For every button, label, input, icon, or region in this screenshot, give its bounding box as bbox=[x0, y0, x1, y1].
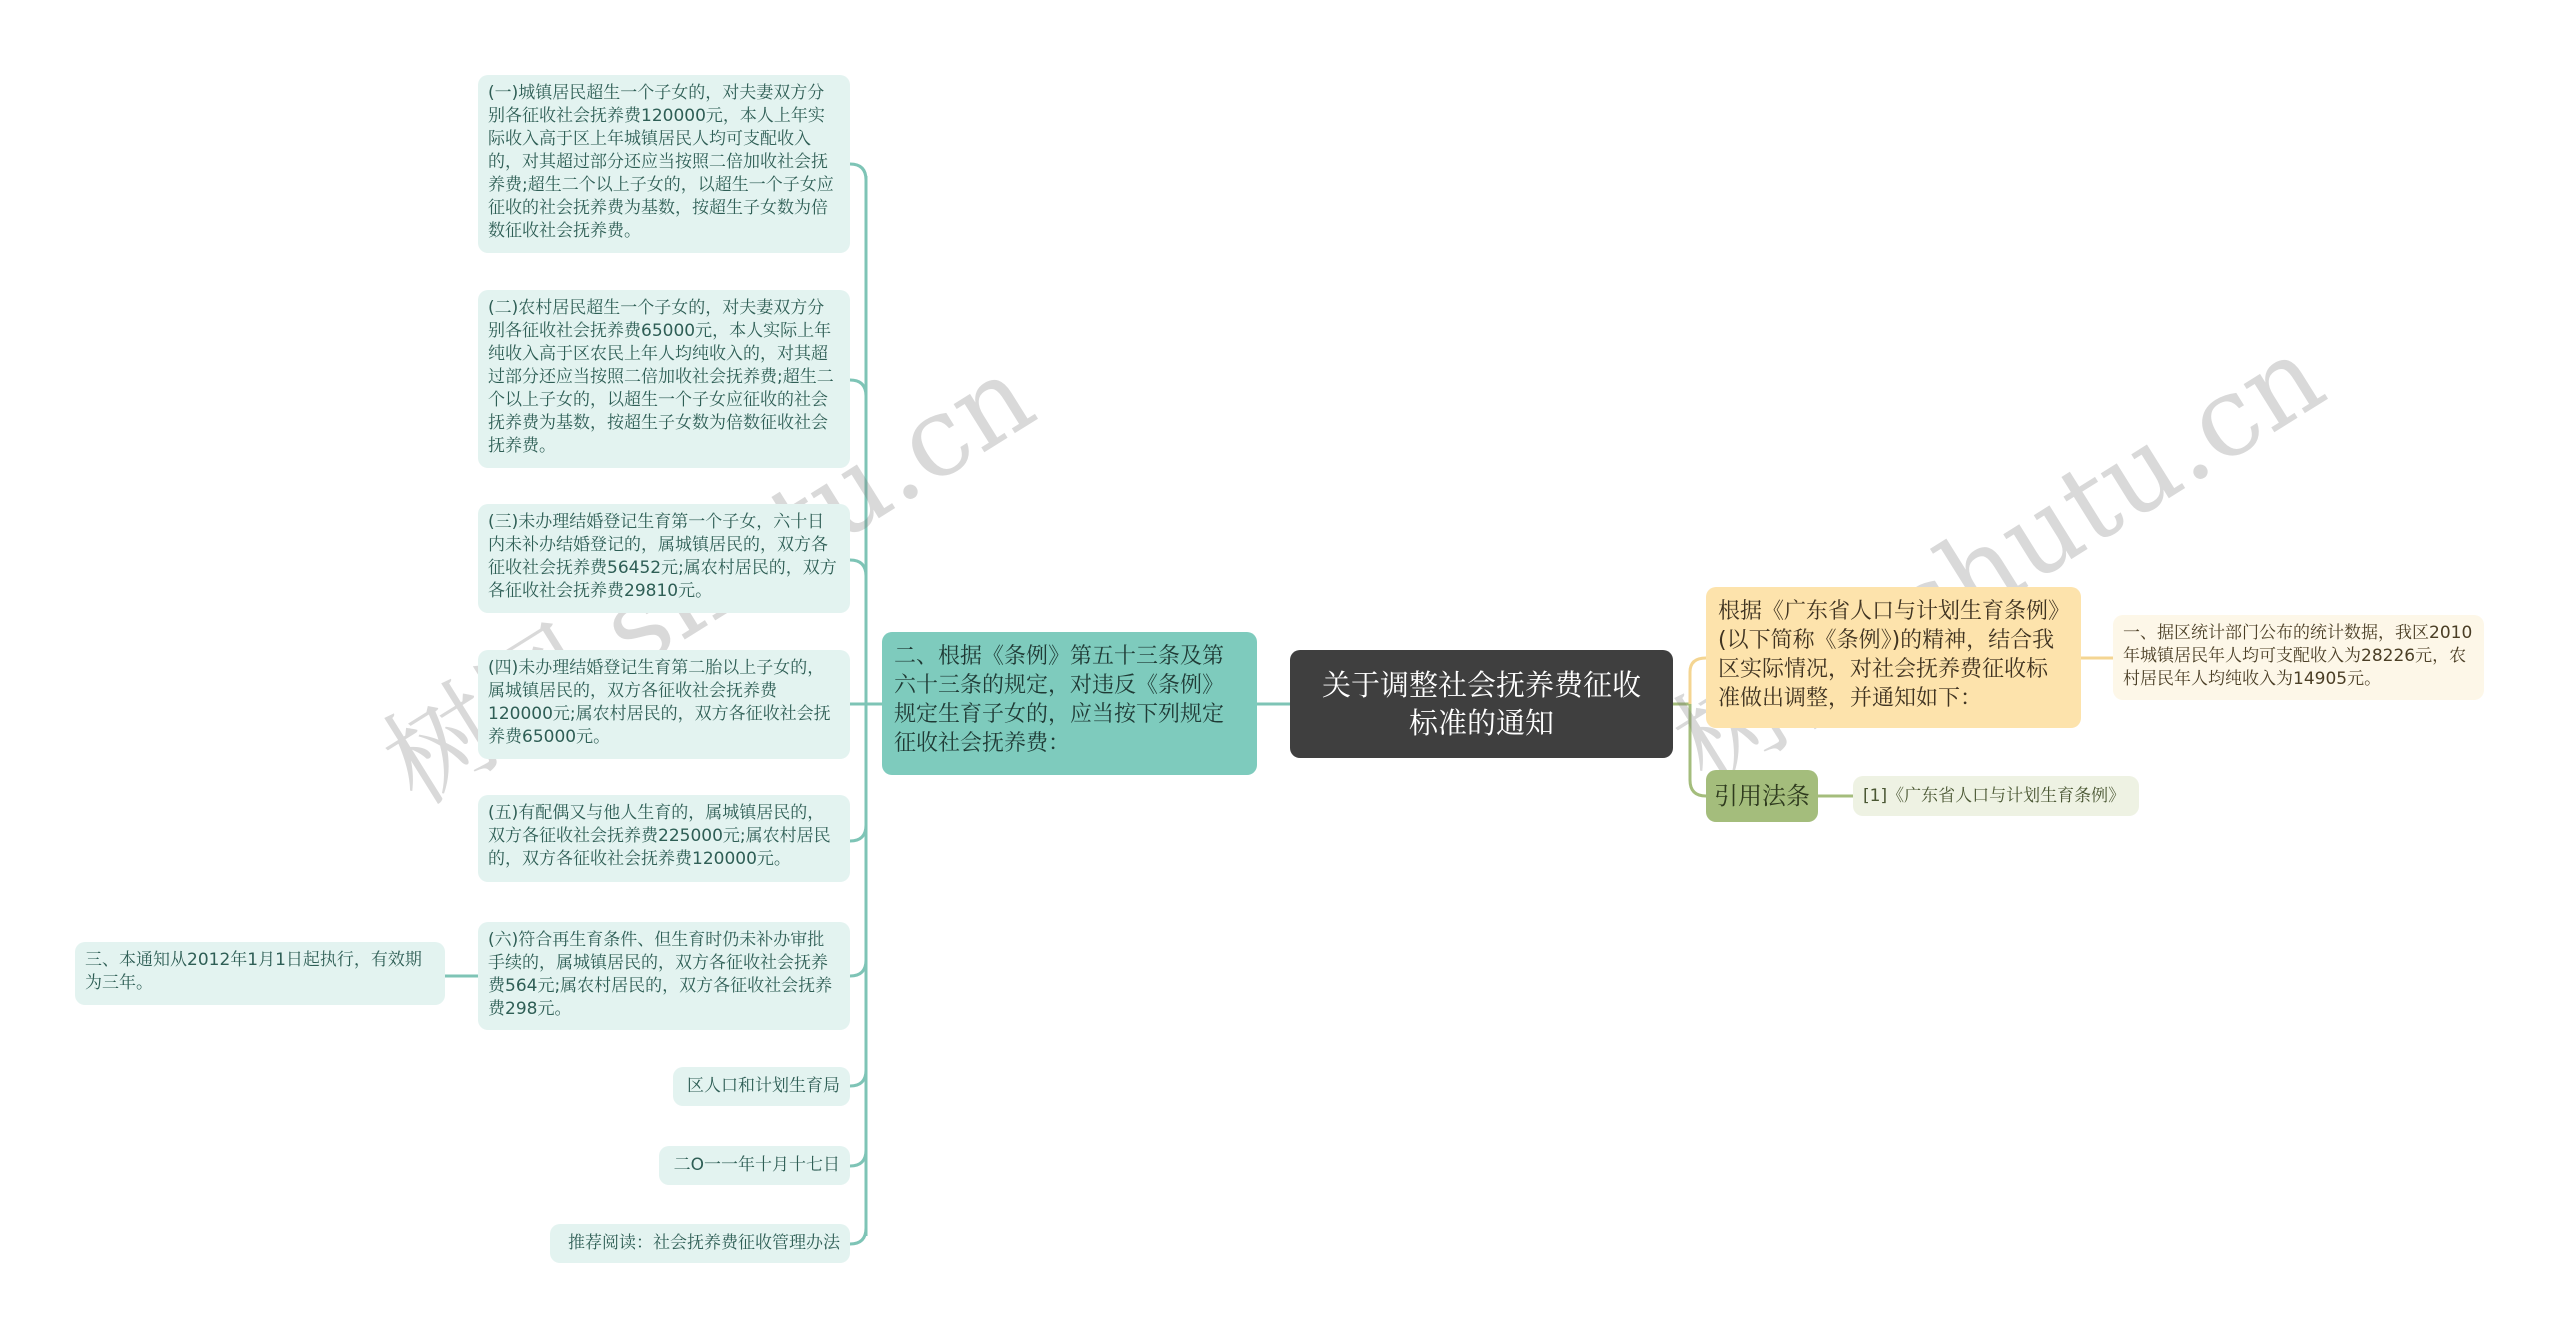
branch-citations[interactable]: 引用法条 bbox=[1706, 770, 1818, 822]
leaf-rule-3[interactable]: (三)未办理结婚登记生育第一个子女，六十日内未补办结婚登记的，属城镇居民的，双方… bbox=[478, 504, 850, 613]
leaf-statistics[interactable]: 一、据区统计部门公布的统计数据，我区2010年城镇居民年人均可支配收入为2822… bbox=[2113, 615, 2484, 700]
leaf-label: (六)符合再生育条件、但生育时仍未补办审批手续的，属城镇居民的，双方各征收社会抚… bbox=[488, 930, 832, 1019]
leaf-rule-1[interactable]: (一)城镇居民超生一个子女的，对夫妻双方分别各征收社会抚养费120000元，本人… bbox=[478, 75, 850, 253]
leaf-label: (一)城镇居民超生一个子女的，对夫妻双方分别各征收社会抚养费120000元，本人… bbox=[488, 83, 834, 241]
leaf-label: 二O一一年十月十七日 bbox=[674, 1155, 840, 1175]
root-node[interactable]: 关于调整社会抚养费征收标准的通知 bbox=[1290, 650, 1673, 758]
leaf-label: (四)未办理结婚登记生育第二胎以上子女的，属城镇居民的，双方各征收社会抚养费12… bbox=[488, 658, 831, 747]
leaf-label: (五)有配偶又与他人生育的，属城镇居民的，双方各征收社会抚养费225000元;属… bbox=[488, 803, 831, 869]
leaf-label: 三、本通知从2012年1月1日起执行，有效期为三年。 bbox=[85, 950, 422, 993]
leaf-rule-6[interactable]: (六)符合再生育条件、但生育时仍未补办审批手续的，属城镇居民的，双方各征收社会抚… bbox=[478, 922, 850, 1030]
branch-label: 二、根据《条例》第五十三条及第六十三条的规定，对违反《条例》规定生育子女的，应当… bbox=[894, 644, 1224, 756]
branch-collection-rules[interactable]: 二、根据《条例》第五十三条及第六十三条的规定，对违反《条例》规定生育子女的，应当… bbox=[882, 632, 1257, 775]
leaf-label: 一、据区统计部门公布的统计数据，我区2010年城镇居民年人均可支配收入为2822… bbox=[2123, 623, 2472, 689]
leaf-issuer[interactable]: 区人口和计划生育局 bbox=[673, 1067, 850, 1106]
leaf-issue-date[interactable]: 二O一一年十月十七日 bbox=[659, 1146, 850, 1185]
branch-label: 引用法条 bbox=[1714, 782, 1810, 810]
leaf-label: 区人口和计划生育局 bbox=[687, 1076, 840, 1096]
leaf-effective-date[interactable]: 三、本通知从2012年1月1日起执行，有效期为三年。 bbox=[75, 942, 445, 1005]
leaf-rule-5[interactable]: (五)有配偶又与他人生育的，属城镇居民的，双方各征收社会抚养费225000元;属… bbox=[478, 795, 850, 882]
leaf-label: [1]《广东省人口与计划生育条例》 bbox=[1863, 786, 2125, 806]
root-title: 关于调整社会抚养费征收标准的通知 bbox=[1308, 666, 1655, 742]
leaf-recommended-reading[interactable]: 推荐阅读：社会抚养费征收管理办法 bbox=[550, 1224, 850, 1263]
branch-label: 根据《广东省人口与计划生育条例》(以下简称《条例》)的精神，结合我区实际情况，对… bbox=[1718, 599, 2059, 711]
leaf-label: (二)农村居民超生一个子女的，对夫妻双方分别各征收社会抚养费65000元，本人实… bbox=[488, 298, 834, 456]
branch-intro[interactable]: 根据《广东省人口与计划生育条例》(以下简称《条例》)的精神，结合我区实际情况，对… bbox=[1706, 587, 2081, 728]
leaf-citation-1[interactable]: [1]《广东省人口与计划生育条例》 bbox=[1853, 776, 2139, 816]
leaf-label: (三)未办理结婚登记生育第一个子女，六十日内未补办结婚登记的，属城镇居民的，双方… bbox=[488, 512, 837, 601]
leaf-rule-2[interactable]: (二)农村居民超生一个子女的，对夫妻双方分别各征收社会抚养费65000元，本人实… bbox=[478, 290, 850, 468]
leaf-label: 推荐阅读：社会抚养费征收管理办法 bbox=[568, 1233, 840, 1253]
leaf-rule-4[interactable]: (四)未办理结婚登记生育第二胎以上子女的，属城镇居民的，双方各征收社会抚养费12… bbox=[478, 650, 850, 759]
